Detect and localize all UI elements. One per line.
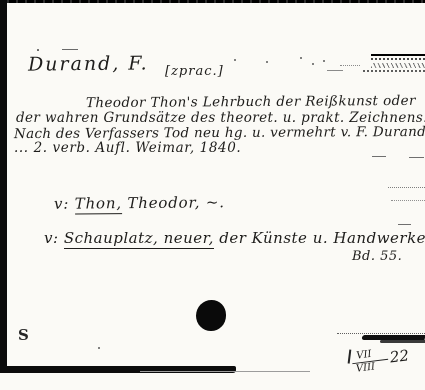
artifact-line-dotted xyxy=(391,200,425,201)
pen-stroke xyxy=(348,349,351,363)
reference-text: der Künste u. Handwerke,[39834], xyxy=(219,229,425,247)
reference-prefix: v: xyxy=(44,229,59,247)
reference-heading-underlined: Thon, xyxy=(75,194,122,214)
date-suffix: 22 xyxy=(389,350,409,363)
scan-border-bottom-fade xyxy=(140,371,310,372)
reference-heading-underlined: Schauplatz, neuer, xyxy=(64,229,214,249)
cataloger-annotation: [zprac.] xyxy=(165,64,224,79)
scan-border-left xyxy=(0,0,7,368)
date-stamp-notation: VII VIII 22 xyxy=(350,344,389,375)
reference-prefix: v: xyxy=(54,195,69,213)
library-catalog-card: Durand, F. [zprac.] Theodor Thon's Lehrb… xyxy=(0,0,425,390)
cross-reference-2: v: Schauplatz, neuer, der Künste u. Hand… xyxy=(44,229,425,247)
artifact-hatch-left xyxy=(340,65,360,66)
artifact-line-dotted xyxy=(337,333,425,334)
ink-speck xyxy=(266,61,268,63)
author-heading: Durand, F. xyxy=(28,52,149,75)
ink-speck xyxy=(300,57,302,59)
ink-speck xyxy=(312,63,314,65)
artifact-line-solid xyxy=(371,54,425,56)
artifact-dash xyxy=(327,70,343,71)
title-line-4: ... 2. verb. Aufl. Weimar, 1840. xyxy=(14,140,241,156)
artifact-dash xyxy=(398,224,411,225)
title-line-1: Theodor Thon's Lehrbuch der Reißkunst od… xyxy=(86,93,416,111)
ink-speck xyxy=(234,59,236,61)
artifact-dash xyxy=(372,156,386,157)
artifact-line-dotted xyxy=(388,187,425,188)
ink-speck xyxy=(37,49,39,51)
artifact-dash xyxy=(409,157,424,158)
artifact-line-dotted xyxy=(371,58,425,60)
ink-speck xyxy=(98,347,100,349)
punch-hole xyxy=(196,300,226,331)
stray-dash xyxy=(62,49,78,50)
shelf-letter: S xyxy=(18,326,29,344)
volume-note: Bd. 55. xyxy=(352,249,402,264)
ink-speck xyxy=(323,60,325,62)
artifact-hatch-right xyxy=(371,63,425,68)
artifact-line-dotted-2 xyxy=(363,70,425,72)
reference-text: Theodor, ~. xyxy=(127,193,225,212)
cross-reference-1: v: Thon, Theodor, ~. xyxy=(54,193,225,212)
scan-border-top xyxy=(0,0,425,3)
ink-smear xyxy=(380,340,425,343)
